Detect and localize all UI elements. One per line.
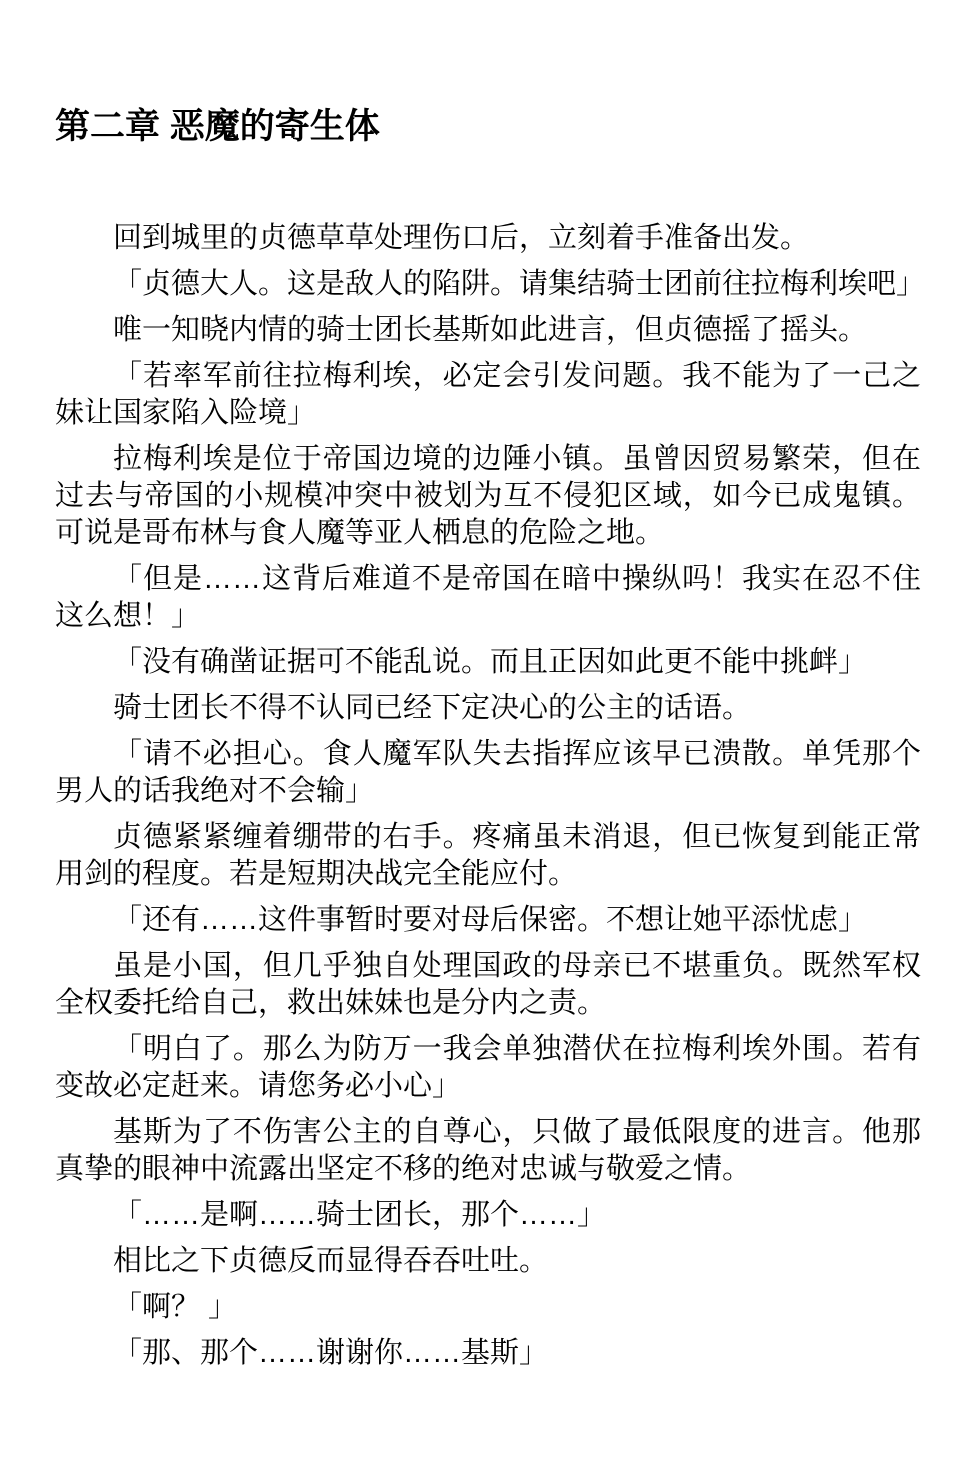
paragraph: 骑士团长不得不认同已经下定决心的公主的话语。 <box>55 690 921 727</box>
paragraph: 拉梅利埃是位于帝国边境的边陲小镇。虽曾因贸易繁荣，但在过去与帝国的小规模冲突中被… <box>55 441 921 552</box>
paragraph: 「啊？ 」 <box>55 1289 921 1326</box>
paragraph: 回到城里的贞德草草处理伤口后，立刻着手准备出发。 <box>55 220 921 257</box>
paragraph: 「请不必担心。食人魔军队失去指挥应该早已溃散。单凭那个男人的话我绝对不会输」 <box>55 736 921 810</box>
paragraph: 贞德紧紧缠着绷带的右手。疼痛虽未消退，但已恢复到能正常用剑的程度。若是短期决战完… <box>55 819 921 893</box>
paragraph: 「没有确凿证据可不能乱说。而且正因如此更不能中挑衅」 <box>55 644 921 681</box>
chapter-body: 回到城里的贞德草草处理伤口后，立刻着手准备出发。 「贞德大人。这是敌人的陷阱。请… <box>55 220 921 1372</box>
paragraph: 「明白了。那么为防万一我会单独潜伏在拉梅利埃外围。若有变故必定赶来。请您务必小心… <box>55 1031 921 1105</box>
paragraph: 「但是……这背后难道不是帝国在暗中操纵吗！我实在忍不住这么想！」 <box>55 561 921 635</box>
paragraph: 「那、那个……谢谢你……基斯」 <box>55 1335 921 1372</box>
paragraph: 「若率军前往拉梅利埃，必定会引发问题。我不能为了一己之妹让国家陷入险境」 <box>55 358 921 432</box>
paragraph: 虽是小国，但几乎独自处理国政的母亲已不堪重负。既然军权全权委托给自己，救出妹妹也… <box>55 948 921 1022</box>
paragraph: 唯一知晓内情的骑士团长基斯如此进言，但贞德摇了摇头。 <box>55 312 921 349</box>
paragraph: 「还有……这件事暂时要对母后保密。不想让她平添忧虑」 <box>55 902 921 939</box>
paragraph: 基斯为了不伤害公主的自尊心，只做了最低限度的进言。他那真挚的眼神中流露出坚定不移… <box>55 1114 921 1188</box>
paragraph: 「贞德大人。这是敌人的陷阱。请集结骑士团前往拉梅利埃吧」 <box>55 266 921 303</box>
paragraph: 相比之下贞德反而显得吞吞吐吐。 <box>55 1243 921 1280</box>
chapter-title: 第二章 恶魔的寄生体 <box>55 106 921 148</box>
paragraph: 「……是啊……骑士团长，那个……」 <box>55 1197 921 1234</box>
document-page: 第二章 恶魔的寄生体 回到城里的贞德草草处理伤口后，立刻着手准备出发。 「贞德大… <box>0 0 974 1459</box>
